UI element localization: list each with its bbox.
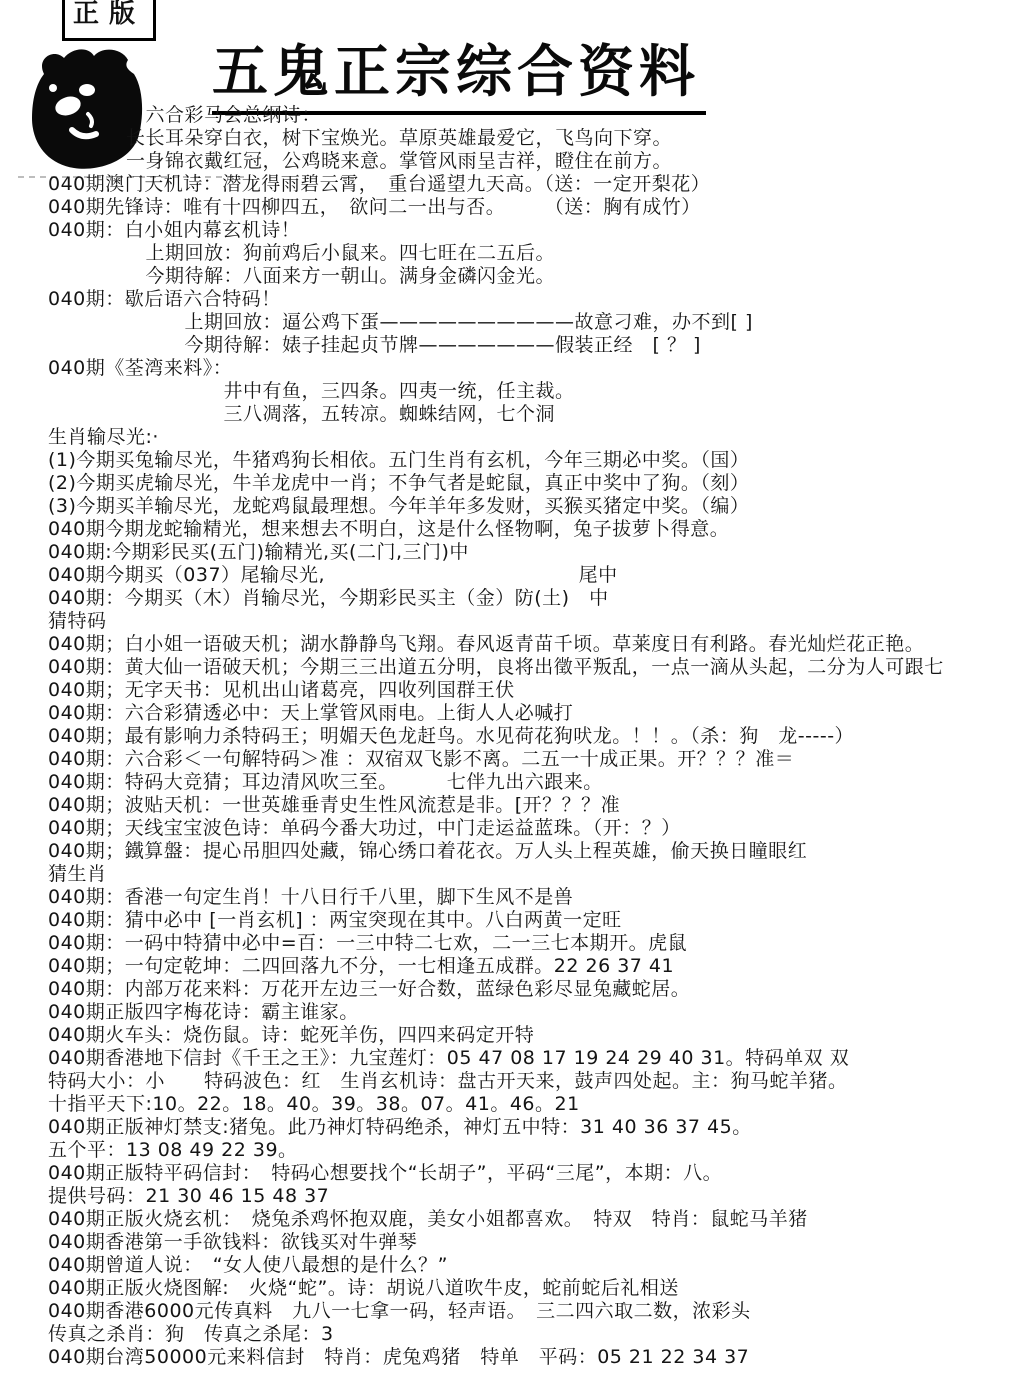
text-line: 040期：白小姐内幕玄机诗！ bbox=[48, 219, 1014, 242]
text-line: 十指平天下:10。22。18。40。39。38。07。41。46。21 bbox=[48, 1093, 1014, 1116]
text-line: 040期香港地下信封《千王之王》：九宝莲灯：05 47 08 17 19 24 … bbox=[48, 1047, 1014, 1070]
text-line: 六合彩马会总纲诗： bbox=[48, 104, 1014, 127]
text-line: 040期：特码大竞猜；耳边清风吹三至。 七伴九出六跟来。 bbox=[48, 771, 1014, 794]
text-line: 040期：猜中必中 [一肖玄机] ：两宝突现在其中。八白两黄一定旺 bbox=[48, 909, 1014, 932]
text-line: 040期：黄大仙一语破天机；今期三三出道五分明，良将出徵平叛乱，一点一滴从头起，… bbox=[48, 656, 1014, 679]
text-line: 040期正版火烧图解: 火烧“蛇”。诗：胡说八道吹牛皮，蛇前蛇后礼相送 bbox=[48, 1277, 1014, 1300]
text-line: 040期；最有影响力杀特码王；明媚天色龙赶鸟。水见荷花狗吠龙。！！。（杀：狗 龙… bbox=[48, 725, 1014, 748]
text-line: 040期；白小姐一语破天机；湖水静静鸟飞翔。春风返青苗千顷。草莱度日有利路。春光… bbox=[48, 633, 1014, 656]
text-line: 040期今期龙蛇输精光，想来想去不明白，这是什么怪物啊，兔子拔萝卜得意。 bbox=[48, 518, 1014, 541]
text-line: 040期香港6000元传真料 九八一七拿一码，轻声语。 三二四六取二数，浓彩头 bbox=[48, 1300, 1014, 1323]
text-line: 040期：一码中特猜中必中=百：一三中特二七欢，二一三七本期开。虎鼠 bbox=[48, 932, 1014, 955]
text-line: 五个平：13 08 49 22 39。 bbox=[48, 1139, 1014, 1162]
text-line: 040期：内部万花来料：万花开左边三一好合数，蓝绿色彩尽显兔藏蛇居。 bbox=[48, 978, 1014, 1001]
text-line: 040期正版火烧玄机： 烧兔杀鸡怀抱双鹿，美女小姐都喜欢。 特双 特肖：鼠蛇马羊… bbox=[48, 1208, 1014, 1231]
text-line: 040期今期买（037）尾输尽光, 尾中 bbox=[48, 564, 1014, 587]
text-line: 040期：香港一句定生肖！十八日行千八里，脚下生风不是兽 bbox=[48, 886, 1014, 909]
text-line: 040期；无字天书：见机出山诸葛亮，四收列国群王伏 bbox=[48, 679, 1014, 702]
text-line: (1)今期买兔输尽光，牛猪鸡狗长相依。五门生肖有玄机，今年三期必中奖。（国） bbox=[48, 449, 1014, 472]
text-line: 040期先锋诗：唯有十四柳四五， 欲问二一出与否。 （送：胸有成竹） bbox=[48, 196, 1014, 219]
text-line: 040期:今期彩民买(五门)输精光,买(二门,三门)中 bbox=[48, 541, 1014, 564]
text-line: 今期待解：婊子挂起贞节牌———————假装正经 [ ？ ] bbox=[48, 334, 1014, 357]
text-line: 一身锦衣戴红冠，公鸡晓来意。掌管风雨呈吉祥，瞪住在前方。 bbox=[48, 150, 1014, 173]
text-line: 今期待解：八面来方一朝山。满身金磷闪金光。 bbox=[48, 265, 1014, 288]
text-line: 040期：六合彩猜透必中：天上掌管风雨电。上街人人必喊打 bbox=[48, 702, 1014, 725]
text-line: 040期香港第一手欲钱料：欲钱买对牛弹琴 bbox=[48, 1231, 1014, 1254]
text-line: 猜特码 bbox=[48, 610, 1014, 633]
text-line: 猜生肖 bbox=[48, 863, 1014, 886]
text-line: 传真之杀肖：狗 传真之杀尾：3 bbox=[48, 1323, 1014, 1346]
text-line: 040期；波贴天机：一世英雄垂青史生性风流惹是非。[开？？？准 bbox=[48, 794, 1014, 817]
text-line: 040期火车头：烧伤鼠。诗：蛇死羊伤，四四来码定开特 bbox=[48, 1024, 1014, 1047]
stamp-box: 正版 bbox=[62, 0, 156, 41]
text-line: 040期澳门天机诗：潜龙得雨碧云霄， 重台遥望九天高。（送：一定开梨花） bbox=[48, 173, 1014, 196]
text-line: 040期：六合彩＜一句解特码＞准 ：双宿双飞影不离。二五一十成正果。开？？？准＝ bbox=[48, 748, 1014, 771]
document-page: 正版 五鬼正宗综合资料 六合彩马会总纲诗： 长长耳朵穿白衣，树下宝焕光。草原英雄… bbox=[0, 0, 1016, 1388]
text-line: 提供号码：21 30 46 15 48 37 bbox=[48, 1185, 1014, 1208]
text-line: 上期回放：逼公鸡下蛋——————————故意刁难，办不到[ ] bbox=[48, 311, 1014, 334]
text-line: 040期；天线宝宝波色诗：单码今番大功过，中门走运益蓝珠。（开：？） bbox=[48, 817, 1014, 840]
page-title: 五鬼正宗综合资料 bbox=[212, 28, 706, 115]
text-line: 特码大小：小 特码波色：红 生肖玄机诗：盘古开天来，鼓声四处起。主：狗马蛇羊猪。 bbox=[48, 1070, 1014, 1093]
text-line: 井中有鱼，三四条。四夷一统，任主裁。 bbox=[48, 380, 1014, 403]
text-line: 040期正版四字梅花诗：霸主谁家。 bbox=[48, 1001, 1014, 1024]
text-line: 040期；一句定乾坤：二四回落九不分，一七相逢五成群。22 26 37 41 bbox=[48, 955, 1014, 978]
text-line: 长长耳朵穿白衣，树下宝焕光。草原英雄最爱它，飞鸟向下穿。 bbox=[48, 127, 1014, 150]
text-line: 040期：今期买（木）肖输尽光，今期彩民买主（金）防(土) 中 bbox=[48, 587, 1014, 610]
text-line: 上期回放：狗前鸡后小鼠来。四七旺在二五后。 bbox=[48, 242, 1014, 265]
stamp-label: 正版 bbox=[65, 0, 153, 30]
text-line: 040期曾道人说： “女人使八最想的是什么？” bbox=[48, 1254, 1014, 1277]
text-line: 040期：歇后语六合特码！ bbox=[48, 288, 1014, 311]
text-line: 三八凋落，五转凉。蜘蛛结网，七个洞 bbox=[48, 403, 1014, 426]
text-line: 040期正版神灯禁支:猪兔。此乃神灯特码绝杀，神灯五中特：31 40 36 37… bbox=[48, 1116, 1014, 1139]
text-line: 生肖输尽光:· bbox=[48, 426, 1014, 449]
content-lines: 六合彩马会总纲诗： 长长耳朵穿白衣，树下宝焕光。草原英雄最爱它，飞鸟向下穿。 一… bbox=[48, 104, 1014, 1369]
text-line: 040期；鐵算盤：提心吊胆四处藏，锦心绣口着花衣。万人头上程英雄，偷天换日瞳眼红 bbox=[48, 840, 1014, 863]
text-line: (3)今期买羊输尽光，龙蛇鸡鼠最理想。今年羊年多发财，买猴买猪定中奖。（编） bbox=[48, 495, 1014, 518]
text-line: 040期台湾50000元来料信封 特肖：虎兔鸡猪 特单 平码：05 21 22 … bbox=[48, 1346, 1014, 1369]
text-line: (2)今期买虎输尽光，牛羊龙虎中一肖；不争气者是蛇鼠，真正中奖中了狗。（刻） bbox=[48, 472, 1014, 495]
text-line: 040期正版特平码信封： 特码心想要找个“长胡子”，平码“三尾”，本期：八。 bbox=[48, 1162, 1014, 1185]
text-line: 040期《荃湾来料》： bbox=[48, 357, 1014, 380]
